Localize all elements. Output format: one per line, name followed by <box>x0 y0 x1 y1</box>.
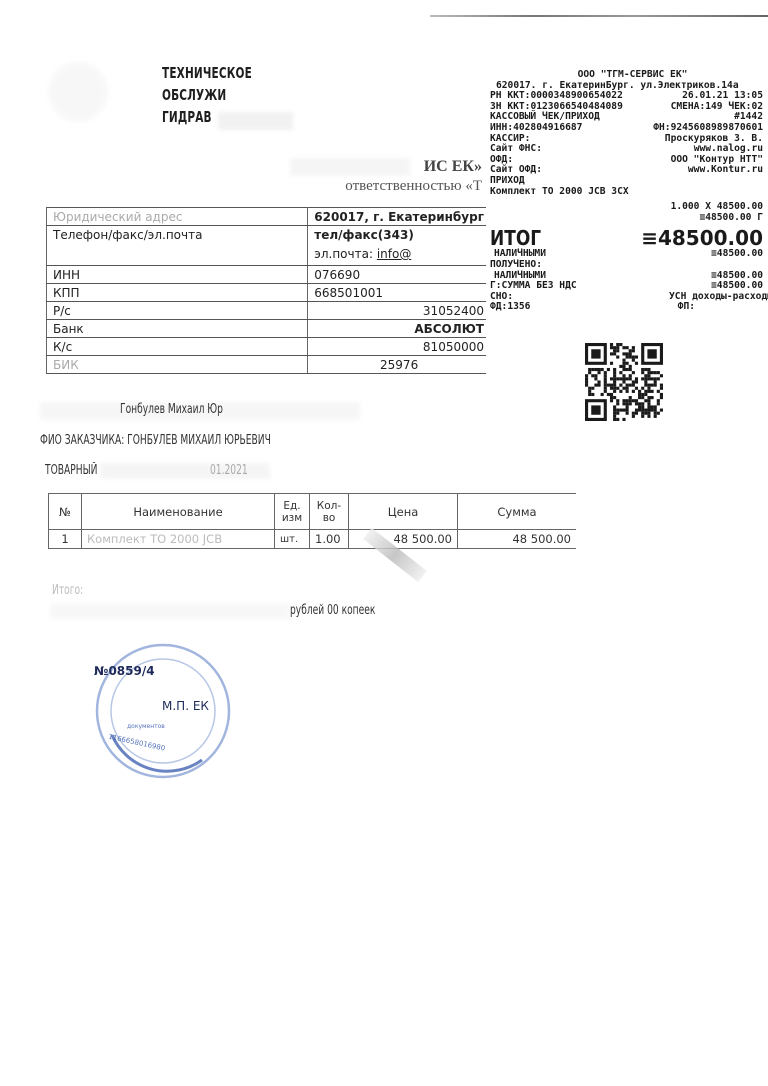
redaction-blur <box>218 112 293 130</box>
qr-code[interactable] <box>585 343 663 421</box>
total-label: Итого: <box>52 583 83 598</box>
total-value: ≡48500.00 <box>641 227 763 249</box>
cell-unit: шт. <box>275 530 310 549</box>
label-legal-address: Юридический адрес <box>47 208 308 226</box>
total-label: ИТОГ <box>490 227 541 249</box>
cash-receipt: ООО "ТГМ-СЕРВИС ЕК" 620017. г. ЕкатеринБ… <box>490 70 768 313</box>
fd-label: ФД: <box>490 301 507 312</box>
requisites-row: Банк АБСОЛЮТ <box>47 320 487 338</box>
requisites-row: БИК 25976 <box>47 356 487 374</box>
receipt-item-sum: ≡48500.00 Г <box>490 213 768 224</box>
value-bik: 25976 <box>308 356 486 374</box>
label-email <box>47 243 308 266</box>
requisites-row: Юридический адрес 620017, г. Екатеринбур… <box>47 208 487 226</box>
receipt-row: Сайт ОФД: www.Kontur.ru <box>490 165 768 176</box>
fn-value: 9245608989870601 <box>671 122 763 133</box>
stamp-label: документов <box>127 723 165 730</box>
stamp-signature: М.П. ЕК <box>162 699 209 713</box>
value-kpp: 668501001 <box>308 284 486 302</box>
requisites-row: Телефон/факс/эл.почта тел/факс(343) <box>47 226 487 244</box>
cell-sum: 48 500.00 <box>458 530 577 549</box>
cell-no: 1 <box>49 530 82 549</box>
requisites-row: эл.почта: info@ <box>47 243 487 266</box>
org-subtitle: ответственностью «Т <box>345 178 482 195</box>
stamp-number: №0859/4 <box>94 664 155 678</box>
label-account: Р/с <box>47 302 308 320</box>
document-date: 01.2021 <box>210 463 248 478</box>
label-inn: ИНН <box>47 266 308 284</box>
received-label: ПОЛУЧЕНО: <box>490 260 768 271</box>
inn-value: 402804916687 <box>513 122 582 133</box>
col-name: Наименование <box>82 494 275 530</box>
cell-name: Комплект ТО 2000 JCB <box>82 530 275 549</box>
receipt-total-row: ИТОГ ≡48500.00 <box>490 227 768 249</box>
email-prefix: эл.почта: <box>314 247 377 261</box>
value-legal-address: 620017, г. Екатеринбург <box>308 208 486 226</box>
amount-in-words: рублей 00 копеек <box>290 603 375 618</box>
fn-label: ФН: <box>653 122 670 133</box>
redaction-blur <box>50 603 290 619</box>
col-sum: Сумма <box>458 494 577 530</box>
items-table: № Наименование Ед. изм Кол-во Цена Сумма… <box>48 493 576 549</box>
rn-kkt-label: РН ККТ: <box>490 90 530 101</box>
email-link[interactable]: info@ <box>377 247 412 261</box>
org-title: ИС ЕК» <box>424 158 482 176</box>
value-account: 31052400 <box>308 302 486 320</box>
requisites-row: К/с 81050000 <box>47 338 487 356</box>
cell-qty: 1.00 <box>310 530 349 549</box>
requisites-table: Юридический адрес 620017, г. Екатеринбур… <box>46 207 486 374</box>
letterhead-line-3: ГИДРАВ <box>162 108 212 126</box>
requisites-row: КПП 668501001 <box>47 284 487 302</box>
scan-edge-line <box>430 15 768 17</box>
customer-name: ФИО ЗАКАЗЧИКА: ГОНБУЛЕВ МИХАИЛ ЮРЬЕВИЧ <box>40 433 271 448</box>
receipt-item-name: Комплект ТО 2000 JCB 3CX <box>490 187 768 198</box>
inn-label: ИНН: <box>490 122 513 133</box>
logo-blur <box>48 62 108 122</box>
value-corr-account: 81050000 <box>308 338 486 356</box>
items-header-row: № Наименование Ед. изм Кол-во Цена Сумма <box>49 494 577 530</box>
requisites-row: ИНН 076690 <box>47 266 487 284</box>
fd-value: 1356 <box>507 301 530 312</box>
cash-value: ≡48500.00 <box>711 249 763 260</box>
col-no: № <box>49 494 82 530</box>
col-price: Цена <box>349 494 458 530</box>
label-phone: Телефон/факс/эл.почта <box>47 226 308 244</box>
value-phone: тел/факс(343) <box>308 226 486 244</box>
label-bik: БИК <box>47 356 308 374</box>
col-unit: Ед. изм <box>275 494 310 530</box>
receipt-row: ИНН:402804916687 ФН:9245608989870601 <box>490 123 768 134</box>
fp-label: ФП: <box>678 302 695 313</box>
signer-name: Гонбулев Михаил Юр <box>120 402 223 417</box>
value-bank: АБСОЛЮТ <box>308 320 486 338</box>
label-kpp: КПП <box>47 284 308 302</box>
col-qty: Кол-во <box>310 494 349 530</box>
letterhead-line-2: ОБСЛУЖИ <box>162 86 226 104</box>
receipt-row: ФД:1356 ФП: <box>490 302 768 313</box>
value-inn: 076690 <box>308 266 486 284</box>
ofd-site-value: www.Kontur.ru <box>688 165 763 176</box>
value-email: эл.почта: info@ <box>308 243 486 266</box>
rn-kkt-value: 0000348900654022 <box>530 90 622 101</box>
receipt-row: СНО: УСН доходы-расходы <box>490 292 768 303</box>
letterhead-line-1: ТЕХНИЧЕСКОЕ <box>162 64 252 82</box>
receipt-org: ООО "ТГМ-СЕРВИС ЕК" <box>490 70 768 81</box>
table-row: 1 Комплект ТО 2000 JCB шт. 1.00 48 500.0… <box>49 530 577 549</box>
company-stamp: №0859/4 М.П. ЕК документов 1166658016980 <box>92 640 234 782</box>
redaction-blur <box>290 158 410 176</box>
label-bank: Банк <box>47 320 308 338</box>
label-corr-account: К/с <box>47 338 308 356</box>
document-title: ТОВАРНЫЙ <box>45 463 97 478</box>
receipt-operation: ПРИХОД <box>490 176 768 187</box>
requisites-row: Р/с 31052400 <box>47 302 487 320</box>
